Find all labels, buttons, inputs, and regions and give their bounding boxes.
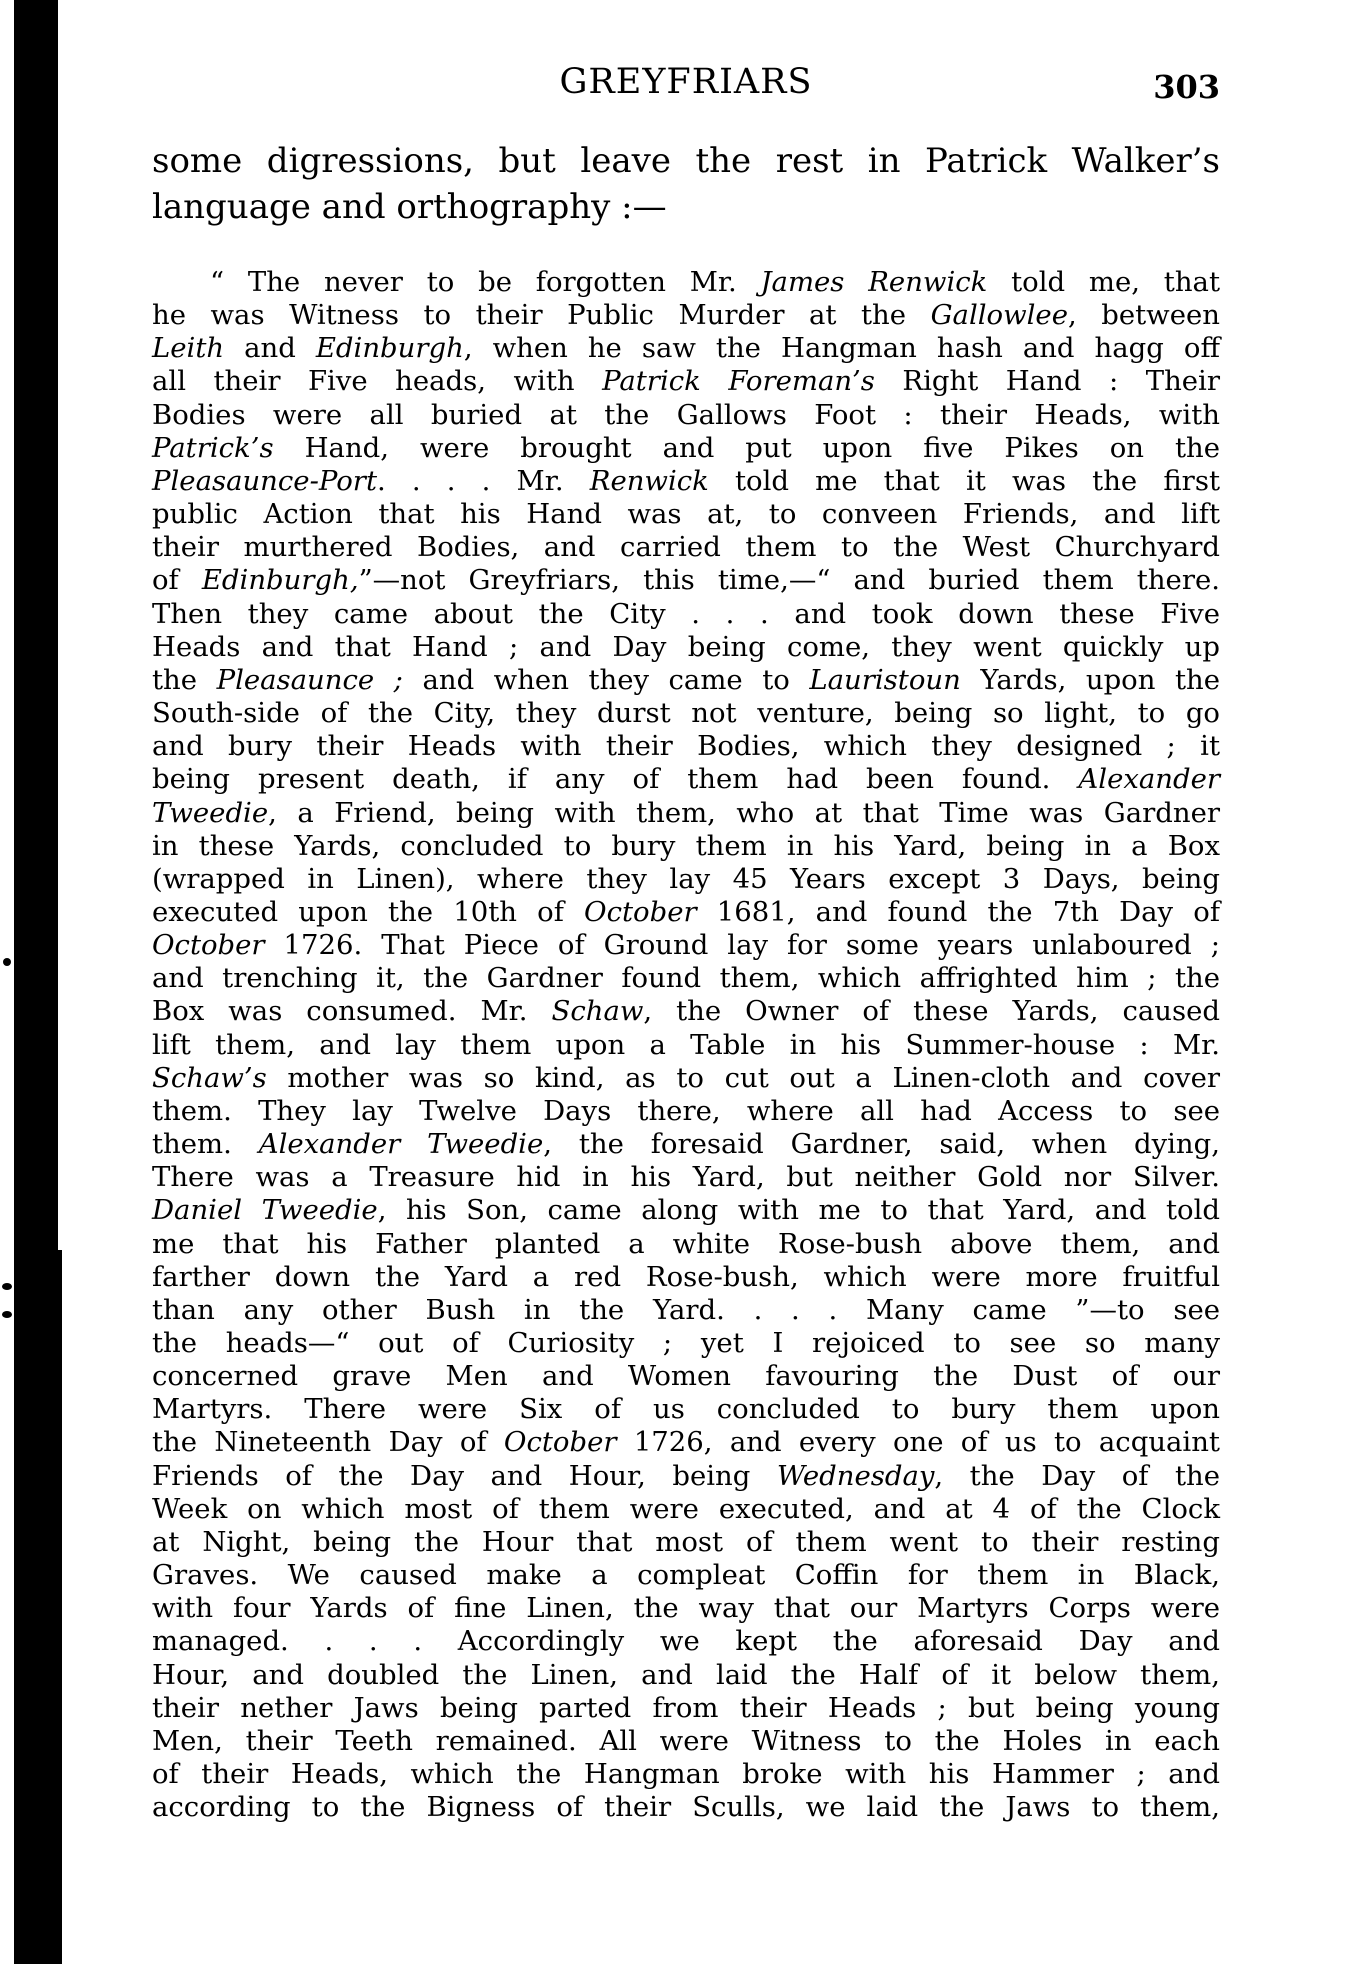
text-run: than any other Bush in the Yard. . . . M… [152, 1294, 1220, 1326]
text-run: , between [1068, 299, 1220, 331]
text-run: 1681, and found the 7th Day of [697, 896, 1220, 928]
quote-line: Patrick’s Hand, were brought and put upo… [152, 432, 1220, 465]
text-run: There was a Treasure hid in his Yard, bu… [152, 1161, 1220, 1193]
text-run: the heads—“ out of Curiosity ; yet I rej… [152, 1327, 1220, 1359]
quote-line: Then they came about the City . . . and … [152, 598, 1220, 631]
text-run: , the Owner of these Yards, caused [643, 995, 1220, 1027]
quote-line: Friends of the Day and Hour, being Wedne… [152, 1460, 1220, 1493]
italic-run: October [504, 1426, 617, 1458]
intro-line: language and orthography :— [152, 184, 1220, 230]
quote-line: public Action that his Hand was at, to c… [152, 498, 1220, 531]
text-run: 1726. That Piece of Ground lay for some … [265, 929, 1220, 961]
text-run: their murthered Bodies, and carried them… [152, 531, 1220, 563]
text-run: Heads and that Hand ; and Day being come… [152, 631, 1220, 663]
quote-line: Pleasaunce-Port. . . . Mr. Renwick told … [152, 465, 1220, 498]
quote-line: of Edinburgh,”—not Greyfriars, this time… [152, 564, 1220, 597]
text-run: managed. . . . Accordingly we kept the a… [152, 1625, 1220, 1657]
scan-mark [2, 1283, 12, 1290]
italic-run: October [584, 896, 697, 928]
text-run: , the foresaid Gardner, said, when dying… [543, 1128, 1220, 1160]
text-run: “ The never to be forgotten Mr. [210, 266, 761, 298]
quote-line: the Nineteenth Day of October 1726, and … [152, 1426, 1220, 1459]
text-run: being present death, if any of them had … [152, 763, 1078, 795]
text-run: Men, their Teeth remained. All were Witn… [152, 1725, 1220, 1757]
quote-line: Martyrs. There were Six of us concluded … [152, 1393, 1220, 1426]
quote-line: farther down the Yard a red Rose-bush, w… [152, 1261, 1220, 1294]
quote-line: managed. . . . Accordingly we kept the a… [152, 1625, 1220, 1658]
text-run: at Night, being the Hour that most of th… [152, 1526, 1220, 1558]
text-run: and trenching it, the Gardner found them… [152, 962, 1220, 994]
quote-line: concerned grave Men and Women favouring … [152, 1360, 1220, 1393]
quote-line: (wrapped in Linen), where they lay 45 Ye… [152, 863, 1220, 896]
text-run: the [152, 664, 217, 696]
quote-line: in these Yards, concluded to bury them i… [152, 830, 1220, 863]
italic-run: Tweedie [152, 797, 268, 829]
text-run: and when they came to [403, 664, 809, 696]
quote-line: executed upon the 10th of October 1681, … [152, 896, 1220, 929]
quote-line: Daniel Tweedie, his Son, came along with… [152, 1194, 1220, 1227]
quote-line: Tweedie, a Friend, being with them, who … [152, 797, 1220, 830]
italic-run: Patrick Foreman’s [602, 365, 875, 397]
text-run: and bury their Heads with their Bodies, … [152, 730, 1220, 762]
quote-line: than any other Bush in the Yard. . . . M… [152, 1294, 1220, 1327]
quote-line: October 1726. That Piece of Ground lay f… [152, 929, 1220, 962]
block-quote: “ The never to be forgotten Mr. James Re… [152, 266, 1220, 1824]
quote-line: being present death, if any of them had … [152, 763, 1220, 796]
text-run: , a Friend, being with them, who at that… [268, 797, 1220, 829]
quote-line: Heads and that Hand ; and Day being come… [152, 631, 1220, 664]
text-run: public Action that his Hand was at, to c… [152, 498, 1220, 530]
quote-line: There was a Treasure hid in his Yard, bu… [152, 1161, 1220, 1194]
text-run: Friends of the Day and Hour, being [152, 1460, 777, 1492]
quote-line: Hour, and doubled the Linen, and laid th… [152, 1659, 1220, 1692]
text-run: executed upon the 10th of [152, 896, 584, 928]
intro-paragraph: some digressions, but leave the rest in … [152, 138, 1220, 230]
text-run: mother was so kind, as to cut out a Line… [267, 1062, 1220, 1094]
page-binding-edge-lower [18, 1250, 62, 1964]
text-run: farther down the Yard a red Rose-bush, w… [152, 1261, 1220, 1293]
italic-run: Renwick [590, 465, 709, 497]
running-title: GREYFRIARS [152, 62, 1220, 102]
quote-line: Week on which most of them were executed… [152, 1493, 1220, 1526]
scan-mark [2, 1311, 12, 1318]
text-run: told me that it was the first [709, 465, 1220, 497]
quote-line: with four Yards of fine Linen, the way t… [152, 1592, 1220, 1625]
quote-line: at Night, being the Hour that most of th… [152, 1526, 1220, 1559]
scan-mark [3, 958, 11, 966]
italic-run: Edinburgh [316, 332, 464, 364]
quote-line: me that his Father planted a white Rose-… [152, 1228, 1220, 1261]
quote-line: South-side of the City, they durst not v… [152, 697, 1220, 730]
quote-line: and bury their Heads with their Bodies, … [152, 730, 1220, 763]
text-run: them. [152, 1128, 259, 1160]
text-run: he was Witness to their Public Murder at… [152, 299, 931, 331]
quote-line: the heads—“ out of Curiosity ; yet I rej… [152, 1327, 1220, 1360]
text-run: Then they came about the City . . . and … [152, 598, 1220, 630]
text-run: all their Five heads, with [152, 365, 602, 397]
quote-line: he was Witness to their Public Murder at… [152, 299, 1220, 332]
text-run: Week on which most of them were executed… [152, 1493, 1220, 1525]
page-number: 303 [1153, 68, 1220, 106]
quote-line: Schaw’s mother was so kind, as to cut ou… [152, 1062, 1220, 1095]
italic-run: Schaw’s [152, 1062, 267, 1094]
italic-run: Alexander [1078, 763, 1220, 795]
quote-line: lift them, and lay them upon a Table in … [152, 1029, 1220, 1062]
text-run: Hand, were brought and put upon five Pik… [274, 432, 1220, 464]
quote-line: the Pleasaunce ; and when they came to L… [152, 664, 1220, 697]
text-run: their nether Jaws being parted from thei… [152, 1692, 1220, 1724]
quote-line: all their Five heads, with Patrick Forem… [152, 365, 1220, 398]
italic-run: Lauristoun [809, 664, 960, 696]
italic-run: Wednesday [777, 1460, 935, 1492]
italic-run: Daniel Tweedie [152, 1194, 378, 1226]
text-run: , the Day of the [934, 1460, 1220, 1492]
quote-line: and trenching it, the Gardner found them… [152, 962, 1220, 995]
text-run: Yards, upon the [961, 664, 1220, 696]
quote-line: “ The never to be forgotten Mr. James Re… [152, 266, 1220, 299]
text-run: Martyrs. There were Six of us concluded … [152, 1393, 1220, 1425]
quote-line: them. They lay Twelve Days there, where … [152, 1095, 1220, 1128]
italic-run: Pleasaunce ; [217, 664, 403, 696]
quote-line: Leith and Edinburgh, when he saw the Han… [152, 332, 1220, 365]
text-run: of their Heads, which the Hangman broke … [152, 1758, 1220, 1790]
quote-line: them. Alexander Tweedie, the foresaid Ga… [152, 1128, 1220, 1161]
italic-run: Patrick’s [152, 432, 274, 464]
italic-run: Leith [152, 332, 224, 364]
italic-run: Edinburgh, [202, 564, 359, 596]
text-run: South-side of the City, they durst not v… [152, 697, 1220, 729]
text-run: of [152, 564, 202, 596]
text-run: Box was consumed. Mr. [152, 995, 552, 1027]
italic-run: Gallowlee [931, 299, 1068, 331]
italic-run: Schaw [552, 995, 644, 1027]
text-run: , his Son, came along with me to that Ya… [378, 1194, 1220, 1226]
text-run: with four Yards of fine Linen, the way t… [152, 1592, 1220, 1624]
italic-run: James Renwick [761, 266, 988, 298]
quote-line: Men, their Teeth remained. All were Witn… [152, 1725, 1220, 1758]
text-run: told me, that [987, 266, 1220, 298]
text-run: , when he saw the Hangman hash and hagg … [464, 332, 1220, 364]
text-run: and [224, 332, 316, 364]
intro-line: some digressions, but leave the rest in … [152, 138, 1220, 184]
text-run: them. They lay Twelve Days there, where … [152, 1095, 1220, 1127]
text-run: lift them, and lay them upon a Table in … [152, 1029, 1220, 1061]
text-run: Bodies were all buried at the Gallows Fo… [152, 399, 1220, 431]
quote-line: Bodies were all buried at the Gallows Fo… [152, 399, 1220, 432]
text-run: the Nineteenth Day of [152, 1426, 504, 1458]
text-run: me that his Father planted a white Rose-… [152, 1228, 1220, 1260]
text-run: in these Yards, concluded to bury them i… [152, 830, 1220, 862]
text-run: 1726, and every one of us to acquaint [617, 1426, 1220, 1458]
text-run: . . . . Mr. [377, 465, 590, 497]
text-run: (wrapped in Linen), where they lay 45 Ye… [152, 863, 1220, 895]
text-run: Right Hand : Their [875, 365, 1220, 397]
text-run: Hour, and doubled the Linen, and laid th… [152, 1659, 1220, 1691]
quote-line: Box was consumed. Mr. Schaw, the Owner o… [152, 995, 1220, 1028]
text-run: according to the Bigness of their Sculls… [152, 1791, 1220, 1823]
quote-line: according to the Bigness of their Sculls… [152, 1791, 1220, 1824]
quote-line: Graves. We caused make a compleat Coffin… [152, 1559, 1220, 1592]
text-run: Graves. We caused make a compleat Coffin… [152, 1559, 1220, 1591]
italic-run: Pleasaunce-Port [152, 465, 377, 497]
quote-line: their nether Jaws being parted from thei… [152, 1692, 1220, 1725]
text-run: concerned grave Men and Women favouring … [152, 1360, 1220, 1392]
quote-line: their murthered Bodies, and carried them… [152, 531, 1220, 564]
italic-run: Alexander Tweedie [259, 1128, 544, 1160]
text-run: ”—not Greyfriars, this time,—“ and burie… [359, 564, 1220, 596]
italic-run: October [152, 929, 265, 961]
page-header: GREYFRIARS 303 [152, 62, 1220, 112]
quote-line: of their Heads, which the Hangman broke … [152, 1758, 1220, 1791]
